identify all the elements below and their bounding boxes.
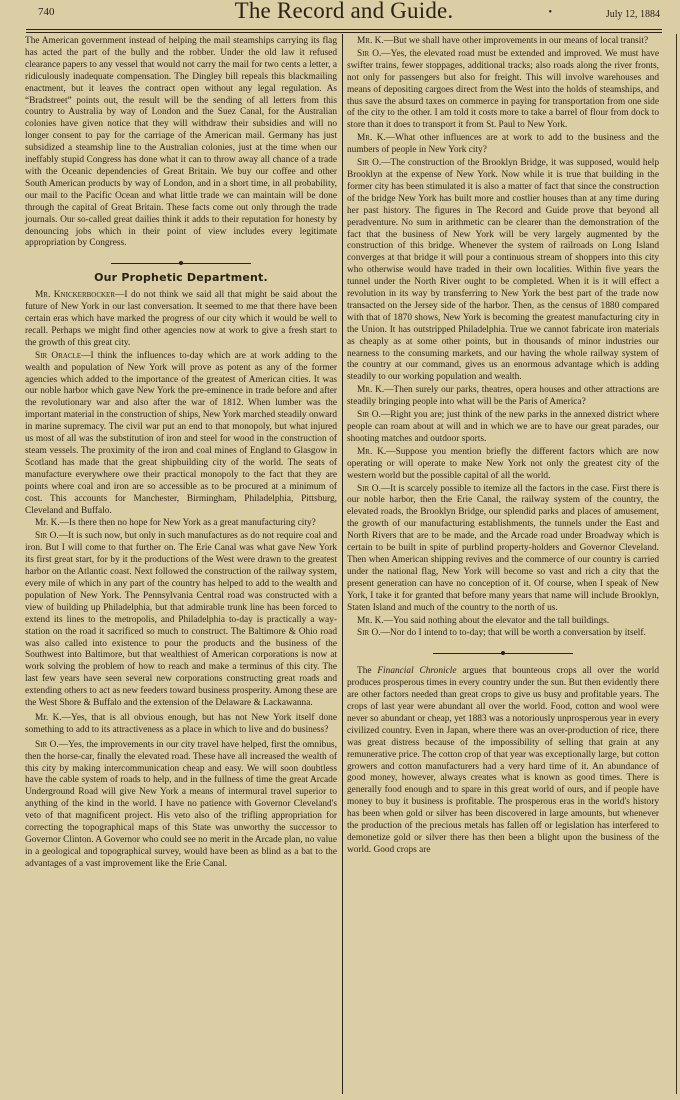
dialogue-paragraph: Mr. K.—Suppose you mention briefly the d… xyxy=(347,447,659,483)
newspaper-page: 740 The Record and Guide. • July 12, 188… xyxy=(0,0,680,1100)
decorative-dot: • xyxy=(548,7,552,18)
speaker: Mr. Knickerbocker xyxy=(35,290,115,300)
column-divider xyxy=(342,34,343,1094)
speaker: Mr. K. xyxy=(357,36,384,46)
dialogue-paragraph: Sir O.—Yes, the elevated road must be ex… xyxy=(347,49,659,132)
dialogue-paragraph: Sir O.—Yes, the improvements in our city… xyxy=(25,740,337,871)
dialogue-paragraph: Mr. K.—Yes, that is all obvious enough, … xyxy=(25,713,337,737)
mail-steamships-paragraph: The American government instead of helpi… xyxy=(25,36,337,250)
dialogue-paragraph: Sir O.—It is scarcely possible to itemiz… xyxy=(347,484,659,615)
dialogue-paragraph: Sir O.—Nor do I intend to to-day; that w… xyxy=(347,628,659,640)
speaker: Mr. K. xyxy=(357,447,386,457)
issue-date: July 12, 1884 xyxy=(606,9,660,20)
dialogue-paragraph: Mr. Knickerbocker—I do not think we said… xyxy=(25,290,337,350)
speaker: Mr. K. xyxy=(357,133,386,143)
page-edge-rule xyxy=(676,34,677,1094)
speaker: Sir Oracle xyxy=(35,351,81,361)
publication-name: Financial Chronicle xyxy=(377,666,456,676)
publication-title: The Record and Guide. xyxy=(26,0,662,24)
speaker: Mr. K. xyxy=(357,385,384,395)
masthead-rule-thick xyxy=(26,29,662,30)
speaker: Sir O. xyxy=(357,49,381,59)
speaker: Sir O. xyxy=(357,484,381,494)
section-heading: Our Prophetic Department. xyxy=(25,272,337,284)
speaker: Sir O. xyxy=(357,158,381,168)
dialogue-paragraph: Sir Oracle—I think the influences to-day… xyxy=(25,351,337,518)
dialogue-paragraph: Mr. K.—But we shall have other improveme… xyxy=(347,36,659,48)
financial-chronicle-paragraph: The Financial Chronicle argues that boun… xyxy=(347,666,659,857)
dialogue-paragraph: Mr. K.—Then surely our parks, theatres, … xyxy=(347,385,659,409)
dialogue-paragraph: Sir O.—The construction of the Brooklyn … xyxy=(347,158,659,384)
speaker: Mr. K. xyxy=(357,616,384,626)
speaker: Mr. K. xyxy=(35,518,60,528)
speaker: Sir O. xyxy=(357,628,381,638)
dialogue-paragraph: Mr. K.—You said nothing about the elevat… xyxy=(347,616,659,628)
dialogue-paragraph: Sir O.—It is such now, but only in such … xyxy=(25,531,337,710)
masthead: 740 The Record and Guide. • July 12, 188… xyxy=(26,0,662,30)
masthead-rule-thin xyxy=(26,32,662,33)
dialogue-paragraph: Mr. K.—Is there then no hope for New Yor… xyxy=(25,518,337,530)
speaker: Mr. K. xyxy=(35,713,62,723)
speaker: Sir O. xyxy=(357,410,381,420)
speaker: Sir O. xyxy=(35,740,59,750)
speaker: Sir O. xyxy=(35,531,59,541)
dialogue-paragraph: Mr. K.—What other influences are at work… xyxy=(347,133,659,157)
section-ornament xyxy=(347,648,659,656)
section-ornament xyxy=(25,258,337,266)
left-column: The American government instead of helpi… xyxy=(25,36,337,872)
dialogue-paragraph: Sir O.—Right you are; just think of the … xyxy=(347,410,659,446)
right-column: Mr. K.—But we shall have other improveme… xyxy=(347,36,659,858)
